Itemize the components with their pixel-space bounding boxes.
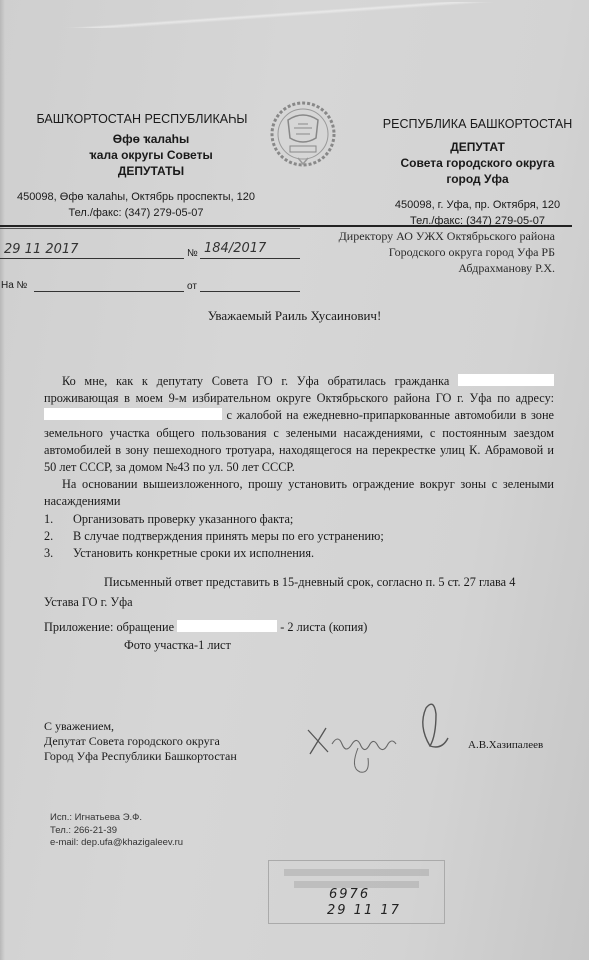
list-item: 2.В случае подтверждения принять меры по…	[44, 528, 554, 545]
stamp-faint-line-1	[284, 869, 429, 876]
letterhead-divider-thin	[0, 228, 300, 229]
incoming-stamp: 6976 29 11 17	[268, 860, 445, 924]
salutation: Уважаемый Раиль Хусаинович!	[0, 308, 589, 324]
paper-crease	[0, 2, 589, 28]
executor-phone: Тел.: 266-21-39	[50, 825, 183, 838]
letterhead-divider	[0, 225, 572, 227]
list-item: 1.Организовать проверку указанного факта…	[44, 511, 554, 528]
deputy-line-3: город Уфа	[380, 171, 575, 187]
outgoing-number: 184/2017	[204, 241, 266, 256]
closing: С уважением,	[44, 719, 237, 734]
list-item: 3.Установить конкретные сроки их исполне…	[44, 545, 554, 562]
attachment-label: Приложение: обращение	[44, 620, 174, 634]
redacted-address	[44, 408, 222, 420]
number-label: №	[187, 248, 198, 259]
phone-bashkir: Тел./факс: (347) 279-05-07	[0, 205, 272, 221]
deputy-line-2: Совета городского округа	[380, 155, 575, 171]
reference-number-label: На №	[1, 280, 27, 291]
paragraph-1-part-2: проживающая в моем 9-м избирательном окр…	[44, 391, 554, 405]
request-list: 1.Организовать проверку указанного факта…	[44, 511, 554, 563]
republic-name-bashkir: БАШҠОРТОСТАН РЕСПУБЛИКАҺЫ	[12, 112, 272, 126]
reference-number-underline	[34, 291, 184, 292]
republic-name-russian: РЕСПУБЛИКА БАШКОРТОСТАН	[380, 117, 575, 131]
response-line-1: Письменный ответ представить в 15-дневны…	[44, 572, 554, 592]
deputy-line-1: ДЕПУТАТ	[380, 139, 575, 155]
addressee-line-1: Директору АО УЖХ Октябрьского района	[310, 228, 555, 244]
council-line-1: Өфө ҡалаһы	[30, 131, 272, 147]
redacted-attachment-name	[177, 620, 277, 632]
address-bashkir: 450098, Өфө ҡалаһы, Октябрь проспекты, 1…	[0, 189, 272, 205]
signature-block: С уважением, Депутат Совета городского о…	[44, 719, 237, 764]
reference-date-underline	[200, 291, 300, 292]
executor-email: e-mail: dep.ufa@khazigaleev.ru	[50, 837, 183, 850]
letterhead-bashkir: БАШҠОРТОСТАН РЕСПУБЛИКАҺЫ Өфө ҡалаһы ҡал…	[0, 112, 272, 221]
attachment-suffix: - 2 листа (копия)	[280, 620, 367, 634]
council-line-3: ДЕПУТАТЫ	[30, 163, 272, 179]
date-underline	[0, 258, 184, 259]
bashkortostan-emblem-icon	[268, 98, 338, 170]
response-requirement: Письменный ответ представить в 15-дневны…	[44, 572, 554, 612]
addressee-block: Директору АО УЖХ Октябрьского района Гор…	[310, 228, 555, 276]
attachment-block: Приложение: обращение - 2 листа (копия) …	[44, 618, 367, 654]
address-russian: 450098, г. Уфа, пр. Октября, 120	[380, 197, 575, 213]
stamp-incoming-date: 29 11 17	[327, 903, 401, 918]
addressee-line-2: Городского округа город Уфа РБ	[310, 244, 555, 260]
signer-name: А.В.Хазипалеев	[468, 739, 543, 751]
reference-date-label: от	[187, 281, 197, 292]
handwritten-signature	[300, 700, 470, 780]
response-line-2: Устава ГО г. Уфа	[44, 592, 554, 612]
stamp-incoming-number: 6976	[329, 887, 370, 902]
outgoing-date: 29 11 2017	[4, 242, 78, 257]
paragraph-1: Ко мне, как к депутату Совета ГО г. Уфа …	[44, 373, 554, 476]
signer-title-2: Город Уфа Республики Башкортостан	[44, 749, 237, 764]
paragraph-1-part-1: Ко мне, как к депутату Совета ГО г. Уфа …	[62, 374, 449, 388]
executor-block: Исп.: Игнатьева Э.Ф. Тел.: 266-21-39 e-m…	[50, 812, 183, 850]
redacted-name	[458, 374, 554, 386]
letterhead-russian: РЕСПУБЛИКА БАШКОРТОСТАН ДЕПУТАТ Совета г…	[380, 117, 575, 229]
addressee-line-3: Абдрахманову Р.Х.	[310, 260, 555, 276]
council-line-2: ҡала округы Советы	[30, 147, 272, 163]
attachment-line-1: Приложение: обращение - 2 листа (копия)	[44, 618, 367, 636]
number-underline	[200, 258, 300, 259]
paragraph-2: На основании вышеизложенного, прошу уста…	[44, 476, 554, 510]
signer-title-1: Депутат Совета городского округа	[44, 734, 237, 749]
letter-body: Ко мне, как к депутату Совета ГО г. Уфа …	[44, 373, 554, 562]
executor-name: Исп.: Игнатьева Э.Ф.	[50, 812, 183, 825]
attachment-line-2: Фото участка-1 лист	[44, 636, 367, 654]
